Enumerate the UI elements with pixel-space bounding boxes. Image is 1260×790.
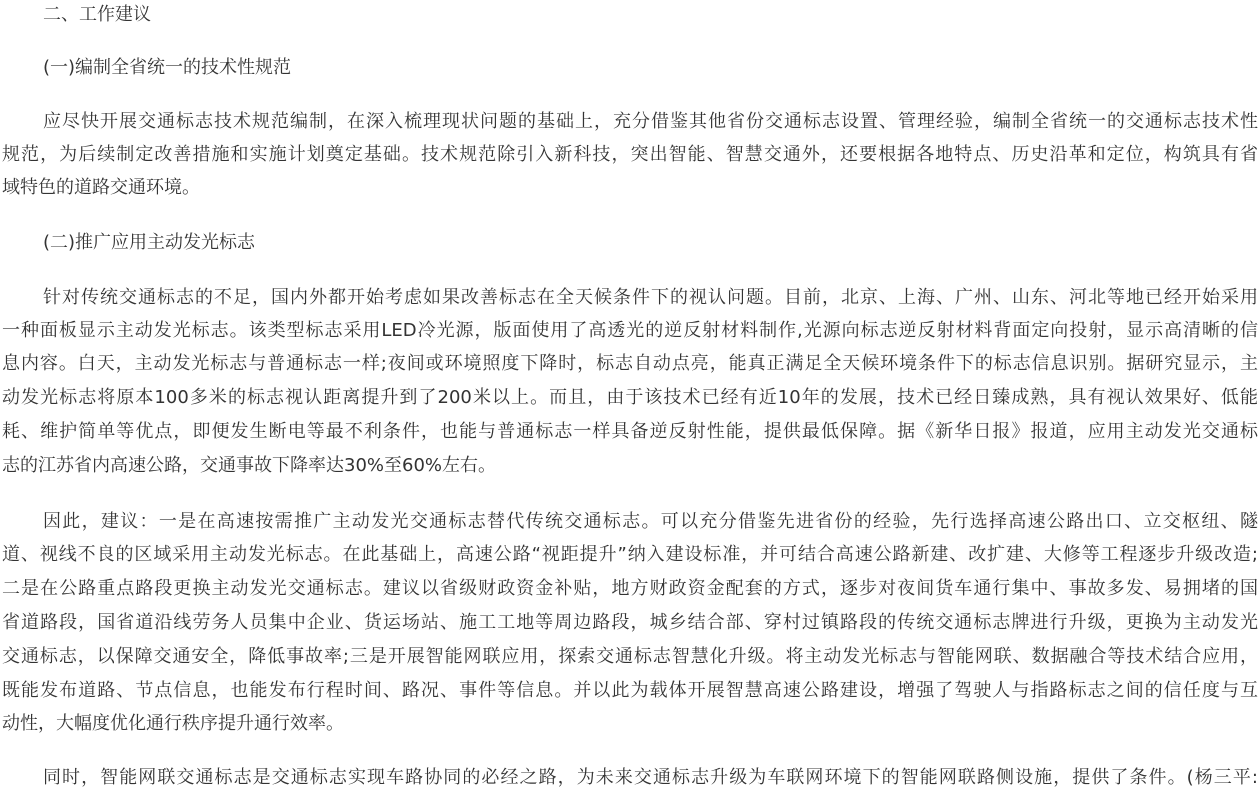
paragraph-line: 应尽快开展交通标志技术规范编制，在深入梳理现状问题的基础上，充分借鉴其他省份交通… (43, 107, 1258, 137)
paragraph-line: 动性，大幅度优化通行秩序提升通行效率。 (2, 709, 344, 739)
paragraph-line: 省道路段，国省道沿线劳务人员集中企业、货运场站、施工工地等周边路段，城乡结合部、… (2, 608, 1258, 638)
subsection-title-1: (一)编制全省统一的技术性规范 (43, 53, 291, 83)
paragraph-line: 交通标志，以保障交通安全，降低事故率;三是开展智能网联应用，探索交通标志智慧化升… (2, 642, 1258, 672)
paragraph-line: 动发光标志将原本100多米的标志视认距离提升到了200米以上。而且，由于该技术已… (2, 383, 1258, 413)
section-title: 二、工作建议 (43, 0, 151, 30)
subsection-title-2: (二)推广应用主动发光标志 (43, 228, 255, 258)
paragraph-line: 针对传统交通标志的不足，国内外都开始考虑如果改善标志在全天候条件下的视认问题。目… (43, 283, 1258, 313)
paragraph-line: 息内容。白天，主动发光标志与普通标志一样;夜间或环境照度下降时，标志自动点亮，能… (2, 349, 1258, 379)
paragraph-line: 同时，智能网联交通标志是交通标志实现车路协同的必经之路，为未来交通标志升级为车联… (43, 763, 1258, 790)
paragraph-line: 志的江苏省内高速公路，交通事故下降率达30%至60%左右。 (2, 451, 496, 481)
paragraph-line: 规范，为后续制定改善措施和实施计划奠定基础。技术规范除引入新科技，突出智能、智慧… (2, 140, 1258, 170)
paragraph-line: 二是在公路重点路段更换主动发光交通标志。建议以省级财政资金补贴，地方财政资金配套… (2, 574, 1258, 604)
paragraph-line: 道、视线不良的区域采用主动发光标志。在此基础上，高速公路“视距提升”纳入建设标准… (2, 540, 1258, 570)
paragraph-line: 域特色的道路交通环境。 (2, 173, 200, 203)
paragraph-line: 因此，建议：一是在高速按需推广主动发光交通标志替代传统交通标志。可以充分借鉴先进… (43, 507, 1258, 537)
paragraph-line: 耗、维护简单等优点，即便发生断电等最不利条件，也能与普通标志一样具备逆反射性能，… (2, 417, 1258, 447)
paragraph-line: 既能发布道路、节点信息，也能发布行程时间、路况、事件等信息。并以此为载体开展智慧… (2, 676, 1258, 706)
paragraph-line: 一种面板显示主动发光标志。该类型标志采用LED冷光源，版面使用了高透光的逆反射材… (2, 316, 1258, 346)
